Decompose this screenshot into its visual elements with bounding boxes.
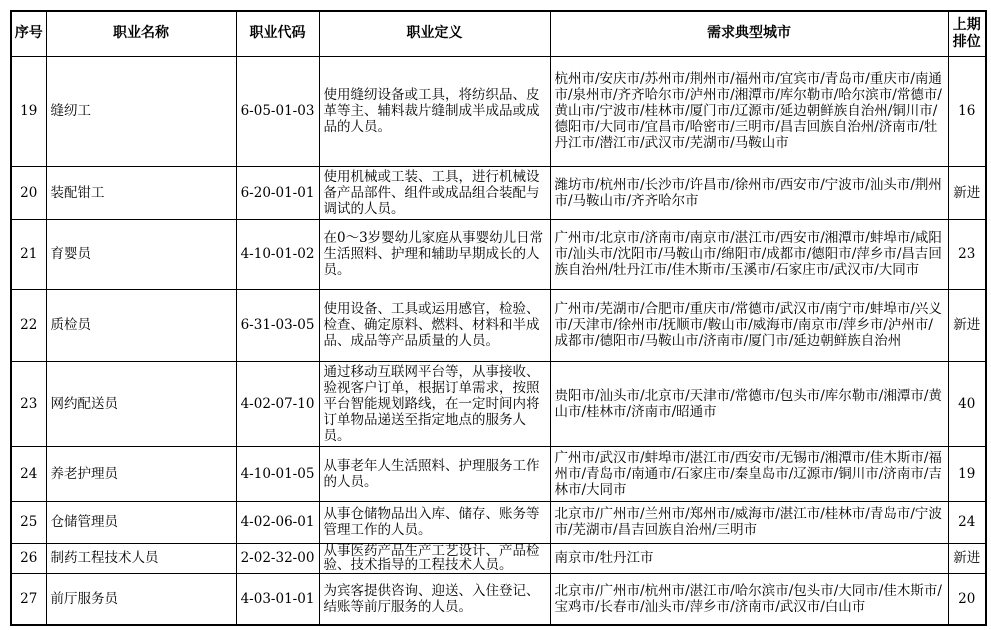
cell-serial-number: 19 bbox=[11, 56, 46, 166]
header-occupation-name: 职业名称 bbox=[46, 11, 236, 56]
cell-occupation-code: 4-10-01-02 bbox=[236, 219, 319, 289]
document-page: 序号 职业名称 职业代码 职业定义 需求典型城市 上期排位 19 缝纫工 6-0… bbox=[0, 0, 991, 630]
cell-previous-rank: 19 bbox=[948, 446, 986, 501]
header-serial-number: 序号 bbox=[11, 11, 46, 56]
table-row: 20 装配钳工 6-20-01-01 使用机械或工装、工具，进行机械设备产品部件… bbox=[11, 166, 986, 219]
table-body: 19 缝纫工 6-05-01-03 使用缝纫设备或工具，将纺织品、皮革等主、辅料… bbox=[11, 56, 986, 625]
table-row: 26 制药工程技术人员 2-02-32-00 从事医药产品生产工艺设计、产品检验… bbox=[11, 543, 986, 573]
cell-occupation-definition: 从事医药产品生产工艺设计、产品检验、技术指导的工程技术人员。 bbox=[319, 543, 550, 573]
cell-demand-cities: 杭州市/安庆市/苏州市/荆州市/福州市/宜宾市/青岛市/重庆市/南通市/泉州市/… bbox=[550, 56, 948, 166]
cell-occupation-definition: 使用缝纫设备或工具，将纺织品、皮革等主、辅料裁片缝制成半成品或成品的人员。 bbox=[319, 56, 550, 166]
cell-demand-cities: 北京市/广州市/杭州市/湛江市/哈尔滨市/包头市/大同市/佳木斯市/宝鸡市/长春… bbox=[550, 573, 948, 625]
table-row: 21 育婴员 4-10-01-02 在0～3岁婴幼儿家庭从事婴幼儿日常生活照料、… bbox=[11, 219, 986, 289]
header-occupation-definition: 职业定义 bbox=[319, 11, 550, 56]
cell-occupation-definition: 为宾客提供咨询、迎送、入住登记、结账等前厅服务的人员。 bbox=[319, 573, 550, 625]
cell-previous-rank: 新进 bbox=[948, 543, 986, 573]
cell-previous-rank: 20 bbox=[948, 573, 986, 625]
cell-occupation-name: 养老护理员 bbox=[46, 446, 236, 501]
cell-occupation-code: 4-10-01-05 bbox=[236, 446, 319, 501]
cell-occupation-code: 2-02-32-00 bbox=[236, 543, 319, 573]
cell-demand-cities: 北京市/广州市/兰州市/郑州市/威海市/湛江市/桂林市/青岛市/宁波市/芜湖市/… bbox=[550, 501, 948, 543]
cell-serial-number: 22 bbox=[11, 289, 46, 361]
cell-previous-rank: 新进 bbox=[948, 166, 986, 219]
cell-occupation-code: 4-03-01-01 bbox=[236, 573, 319, 625]
cell-occupation-code: 6-05-01-03 bbox=[236, 56, 319, 166]
cell-occupation-name: 仓储管理员 bbox=[46, 501, 236, 543]
cell-serial-number: 23 bbox=[11, 361, 46, 446]
cell-demand-cities: 贵阳市/汕头市/北京市/天津市/常德市/包头市/库尔勒市/湘潭市/黄山市/桂林市… bbox=[550, 361, 948, 446]
cell-occupation-definition: 从事老年人生活照料、护理服务工作的人员。 bbox=[319, 446, 550, 501]
cell-occupation-definition: 从事仓储物品出入库、储存、账务等管理工作的人员。 bbox=[319, 501, 550, 543]
table-row: 23 网约配送员 4-02-07-10 通过移动互联网平台等，从事接收、验视客户… bbox=[11, 361, 986, 446]
cell-previous-rank: 40 bbox=[948, 361, 986, 446]
header-previous-rank: 上期排位 bbox=[948, 11, 986, 56]
occupation-ranking-table: 序号 职业名称 职业代码 职业定义 需求典型城市 上期排位 19 缝纫工 6-0… bbox=[10, 10, 987, 626]
cell-demand-cities: 潍坊市/杭州市/长沙市/许昌市/徐州市/西安市/宁波市/汕头市/荆州市/马鞍山市… bbox=[550, 166, 948, 219]
table-row: 27 前厅服务员 4-03-01-01 为宾客提供咨询、迎送、入住登记、结账等前… bbox=[11, 573, 986, 625]
cell-occupation-definition: 使用机械或工装、工具，进行机械设备产品部件、组件或成品组合装配与调试的人员。 bbox=[319, 166, 550, 219]
cell-occupation-code: 6-31-03-05 bbox=[236, 289, 319, 361]
cell-demand-cities: 广州市/芜湖市/合肥市/重庆市/常德市/武汉市/南宁市/蚌埠市/兴义市/天津市/… bbox=[550, 289, 948, 361]
table-row: 22 质检员 6-31-03-05 使用设备、工具或运用感官，检验、检查、确定原… bbox=[11, 289, 986, 361]
cell-occupation-definition: 使用设备、工具或运用感官，检验、检查、确定原料、燃料、材料和半成品、成品等产品质… bbox=[319, 289, 550, 361]
cell-previous-rank: 新进 bbox=[948, 289, 986, 361]
cell-occupation-name: 质检员 bbox=[46, 289, 236, 361]
table-row: 24 养老护理员 4-10-01-05 从事老年人生活照料、护理服务工作的人员。… bbox=[11, 446, 986, 501]
table-row: 25 仓储管理员 4-02-06-01 从事仓储物品出入库、储存、账务等管理工作… bbox=[11, 501, 986, 543]
table-header: 序号 职业名称 职业代码 职业定义 需求典型城市 上期排位 bbox=[11, 11, 986, 56]
cell-occupation-definition: 在0～3岁婴幼儿家庭从事婴幼儿日常生活照料、护理和辅助早期成长的人员。 bbox=[319, 219, 550, 289]
cell-serial-number: 20 bbox=[11, 166, 46, 219]
header-demand-cities: 需求典型城市 bbox=[550, 11, 948, 56]
cell-demand-cities: 广州市/北京市/济南市/南京市/湛江市/西安市/湘潭市/蚌埠市/咸阳市/汕头市/… bbox=[550, 219, 948, 289]
cell-previous-rank: 23 bbox=[948, 219, 986, 289]
cell-serial-number: 21 bbox=[11, 219, 46, 289]
cell-serial-number: 25 bbox=[11, 501, 46, 543]
header-row: 序号 职业名称 职业代码 职业定义 需求典型城市 上期排位 bbox=[11, 11, 986, 56]
cell-occupation-name: 育婴员 bbox=[46, 219, 236, 289]
cell-occupation-name: 前厅服务员 bbox=[46, 573, 236, 625]
cell-serial-number: 24 bbox=[11, 446, 46, 501]
cell-occupation-name: 制药工程技术人员 bbox=[46, 543, 236, 573]
cell-previous-rank: 16 bbox=[948, 56, 986, 166]
cell-demand-cities: 广州市/武汉市/蚌埠市/湛江市/西安市/无锡市/湘潭市/佳木斯市/福州市/青岛市… bbox=[550, 446, 948, 501]
header-occupation-code: 职业代码 bbox=[236, 11, 319, 56]
cell-occupation-name: 装配钳工 bbox=[46, 166, 236, 219]
cell-occupation-code: 6-20-01-01 bbox=[236, 166, 319, 219]
cell-serial-number: 27 bbox=[11, 573, 46, 625]
cell-demand-cities: 南京市/牡丹江市 bbox=[550, 543, 948, 573]
cell-occupation-name: 缝纫工 bbox=[46, 56, 236, 166]
cell-previous-rank: 24 bbox=[948, 501, 986, 543]
table-row: 19 缝纫工 6-05-01-03 使用缝纫设备或工具，将纺织品、皮革等主、辅料… bbox=[11, 56, 986, 166]
cell-occupation-definition: 通过移动互联网平台等，从事接收、验视客户订单，根据订单需求，按照平台智能规划路线… bbox=[319, 361, 550, 446]
cell-occupation-code: 4-02-07-10 bbox=[236, 361, 319, 446]
cell-occupation-code: 4-02-06-01 bbox=[236, 501, 319, 543]
cell-occupation-name: 网约配送员 bbox=[46, 361, 236, 446]
cell-serial-number: 26 bbox=[11, 543, 46, 573]
